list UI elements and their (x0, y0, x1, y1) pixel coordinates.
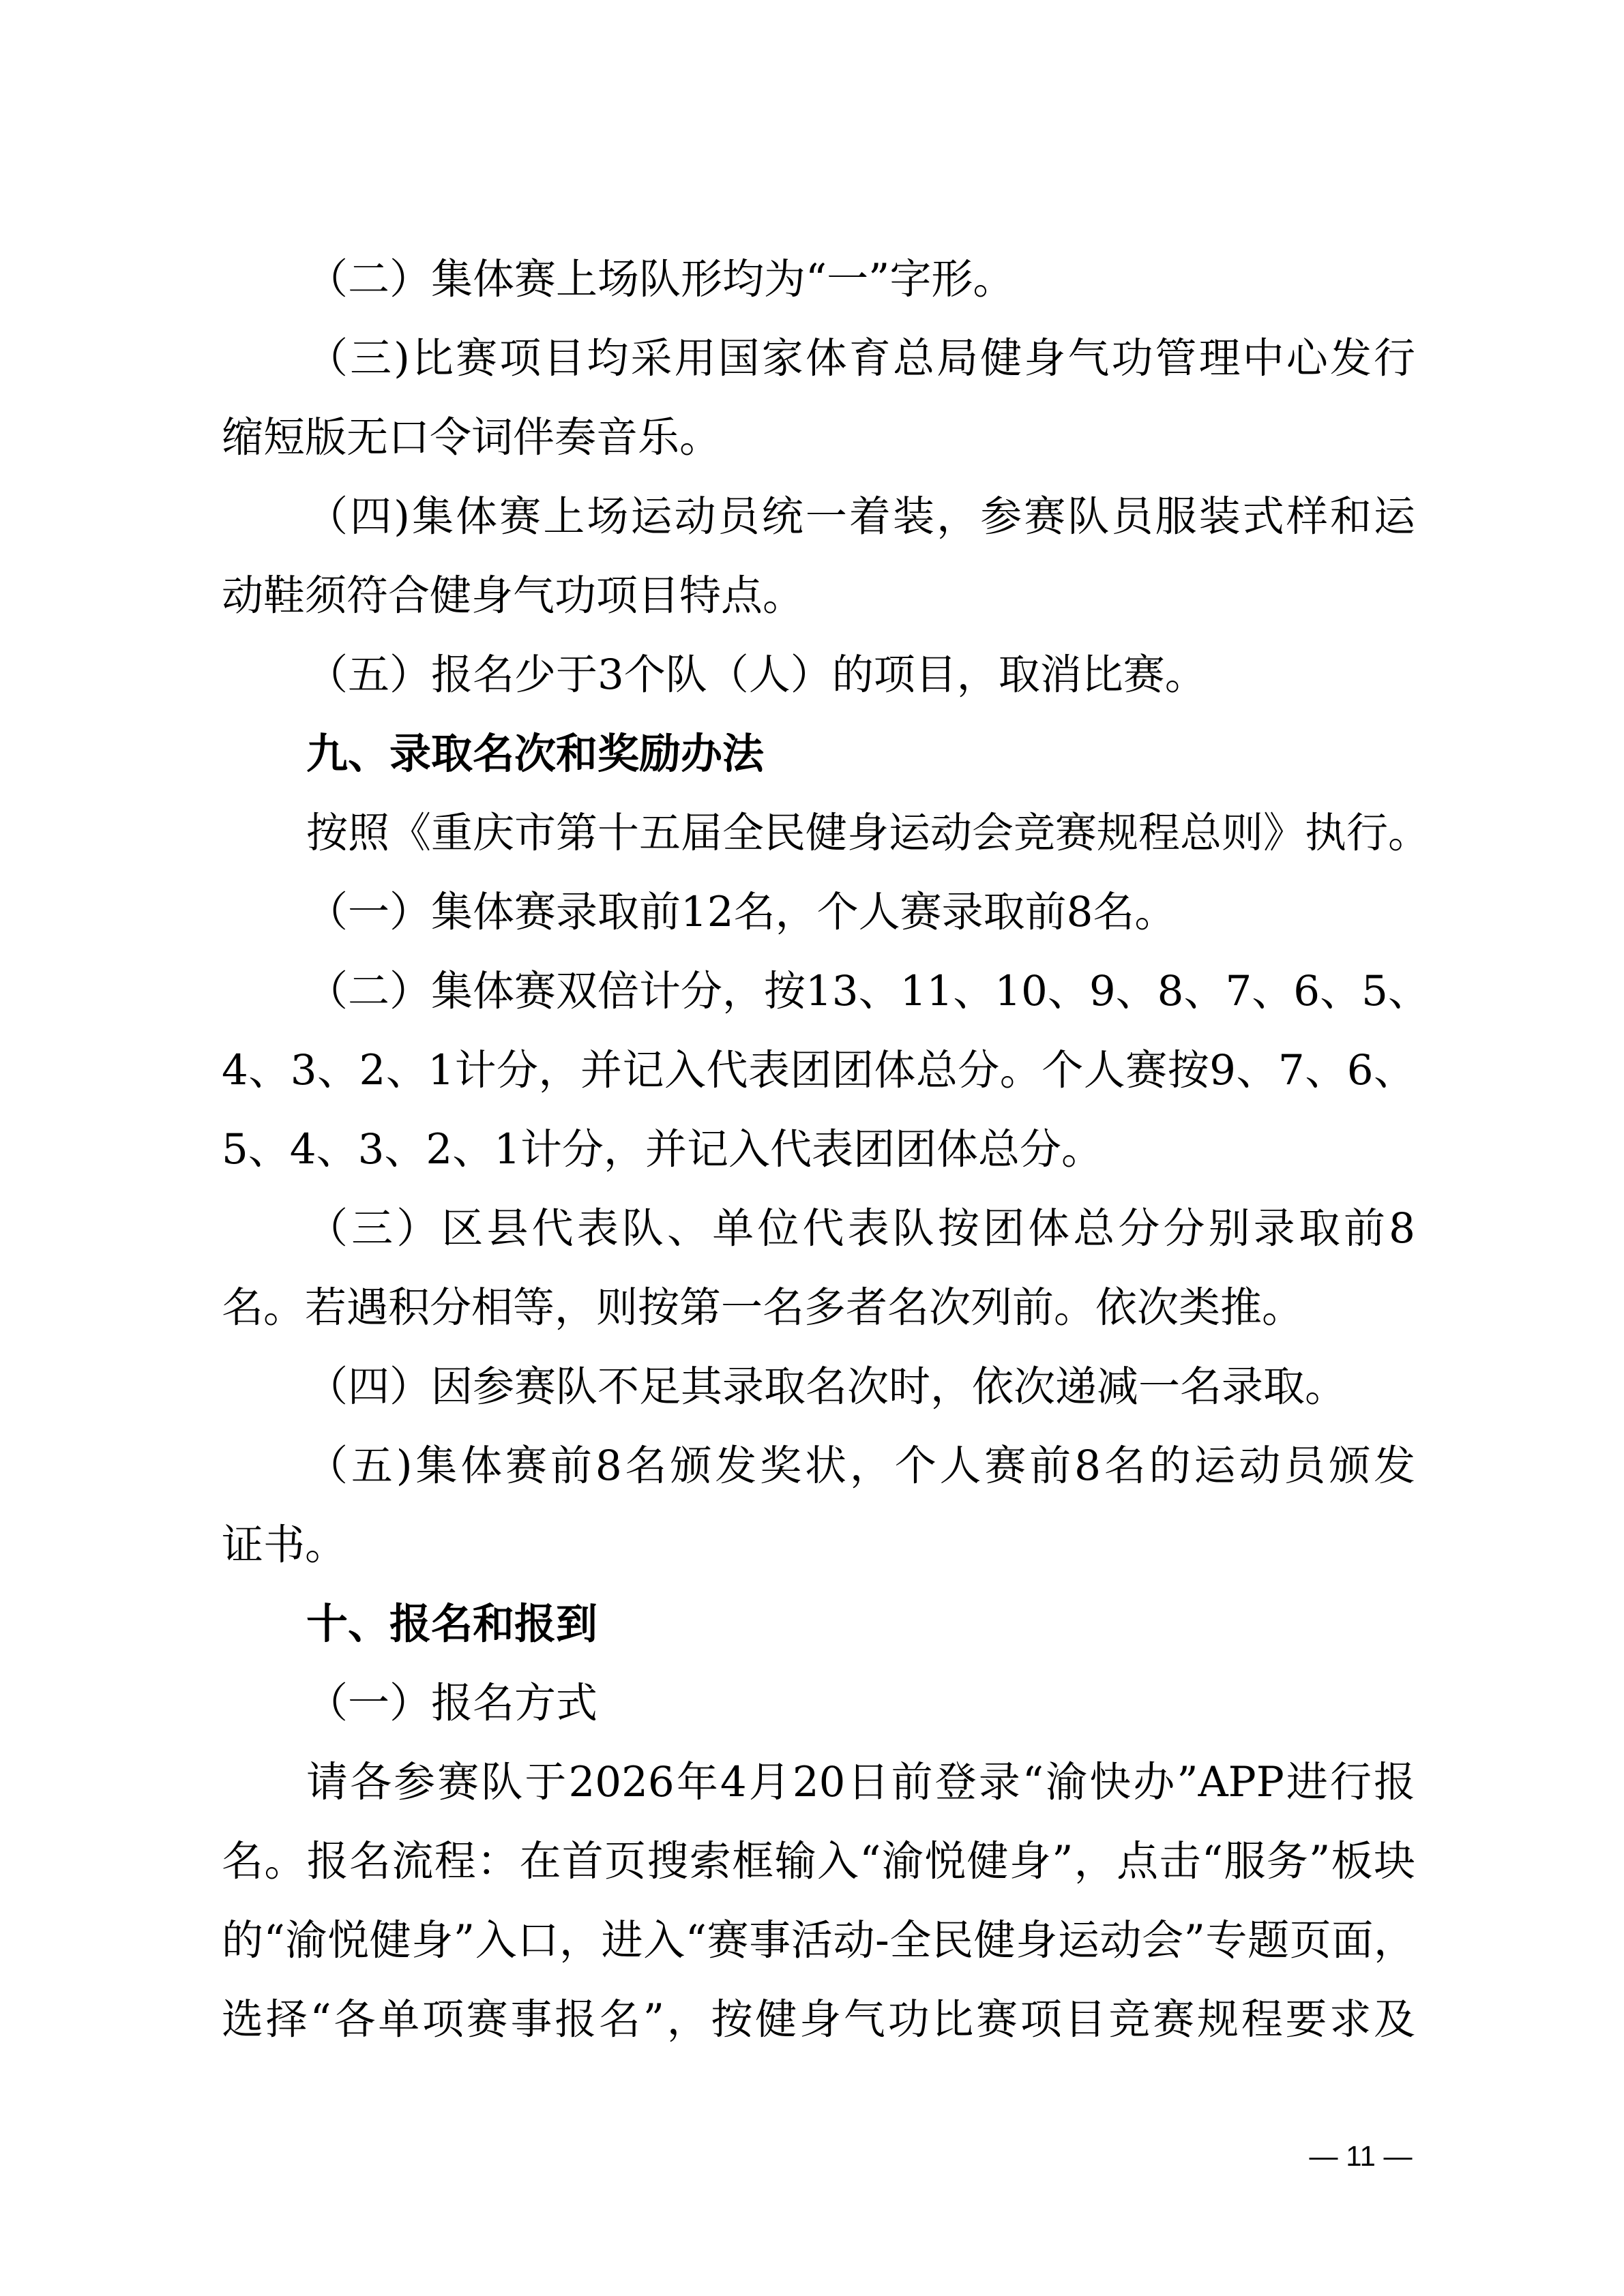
clause-3-music-line1: （三)比赛项目均采用国家体育总局健身气功管理中心发行 (222, 319, 1415, 398)
registration-para-line3: 的“渝悦健身”入口，进入“赛事活动-全民健身运动会”专题页面， (222, 1901, 1415, 1980)
clause-3-music-line2: 缩短版无口令词伴奏音乐。 (222, 398, 1415, 477)
page-number: — 11 — (1296, 2136, 1426, 2177)
registration-para-line1: 请各参赛队于2026年4月20日前登录“渝快办”APP进行报 (222, 1743, 1415, 1822)
section-9-clause-5-line1: （五)集体赛前8名颁发奖状，个人赛前8名的运动员颁发 (222, 1427, 1415, 1506)
clause-5-cancellation: （五）报名少于3个队（人）的项目，取消比赛。 (222, 636, 1415, 715)
section-9-clause-2-line3: 5、4、3、2、1计分，并记入代表团团体总分。 (222, 1110, 1415, 1189)
clause-4-attire-line2: 动鞋须符合健身气功项目特点。 (222, 556, 1415, 636)
section-9-heading: 九、录取名次和奖励办法 (222, 715, 1415, 794)
section-10-heading: 十、报名和报到 (222, 1585, 1415, 1664)
clause-4-attire-line1: （四)集体赛上场运动员统一着装，参赛队员服装式样和运 (222, 477, 1415, 556)
section-9-clause-4: （四）因参赛队不足其录取名次时，依次递减一名录取。 (222, 1347, 1415, 1427)
section-9-clause-2-line1: （二）集体赛双倍计分，按13、11、10、9、8、7、6、5、 (222, 952, 1415, 1031)
body-text: （二）集体赛上场队形均为“一”字形。 （三)比赛项目均采用国家体育总局健身气功管… (222, 240, 1415, 2059)
section-9-clause-1: （一）集体赛录取前12名，个人赛录取前8名。 (222, 873, 1415, 952)
section-9-clause-5-line2: 证书。 (222, 1506, 1415, 1585)
section-9-clause-2-line2: 4、3、2、1计分，并记入代表团团体总分。个人赛按9、7、6、 (222, 1031, 1415, 1110)
section-9-intro: 按照《重庆市第十五届全民健身运动会竞赛规程总则》执行。 (222, 794, 1415, 873)
registration-para-line2: 名。报名流程：在首页搜索框输入“渝悦健身”，点击“服务”板块 (222, 1822, 1415, 1901)
section-10-subheading-1: （一）报名方式 (222, 1664, 1415, 1743)
registration-para-line4: 选择“各单项赛事报名”，按健身气功比赛项目竞赛规程要求及 (222, 1980, 1415, 2059)
document-page: （二）集体赛上场队形均为“一”字形。 （三)比赛项目均采用国家体育总局健身气功管… (0, 0, 1624, 2296)
clause-2-formation: （二）集体赛上场队形均为“一”字形。 (222, 240, 1415, 319)
section-9-clause-3-line2: 名。若遇积分相等，则按第一名多者名次列前。依次类推。 (222, 1268, 1415, 1347)
section-9-clause-3-line1: （三）区县代表队、单位代表队按团体总分分别录取前8 (222, 1189, 1415, 1268)
